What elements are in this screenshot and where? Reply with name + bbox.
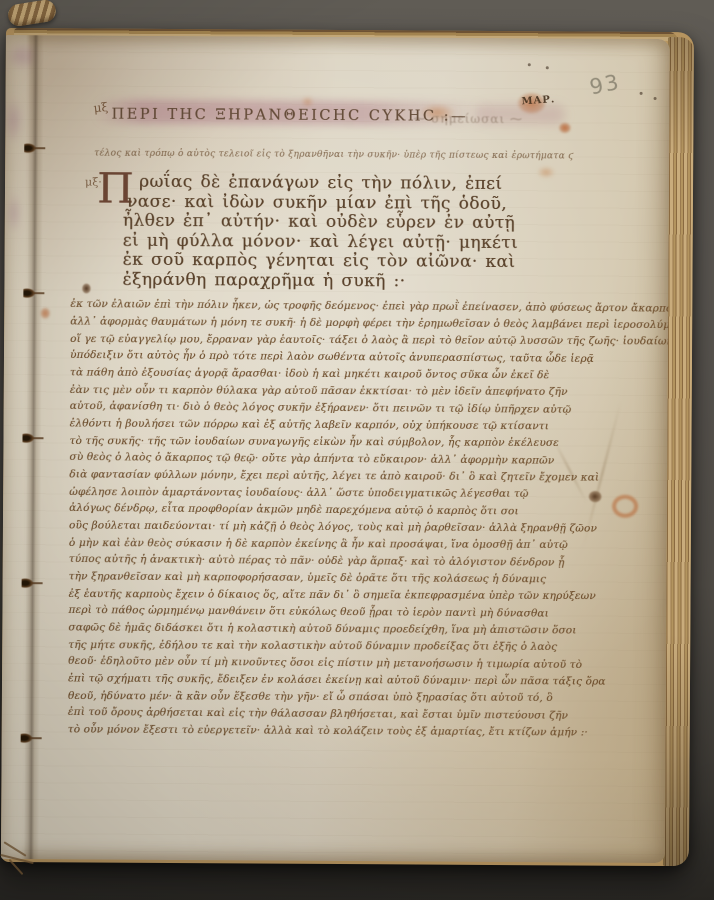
sewing-hole (24, 143, 46, 153)
rust-stain (299, 95, 317, 109)
purple-stain (1, 37, 44, 75)
speck (640, 92, 643, 95)
photo-backdrop: 93 μξ ΠΕΡΙ ΤΗϹ ΞΗΡΑΝΘΕΙϹΗϹ ϹΥΚΗϹ :— ⁓ ση… (0, 0, 714, 900)
lemma-line: ἐξηράνθη παραχρῆμα ἡ συκῆ :· (122, 271, 562, 293)
speck (546, 66, 549, 69)
ink-blot (80, 281, 92, 295)
manuscript-book: 93 μξ ΠΕΡΙ ΤΗϹ ΞΗΡΑΝΘΕΙϹΗϹ ϹΥΚΗϹ :— ⁓ ση… (1, 28, 694, 866)
title-flourish: ⁓ σημείωσαι ⁓ (413, 111, 523, 126)
gospel-lemma-block: ρωΐας δὲ ἐπανάγων εἰς τὴν πόλιν, ἐπείνασ… (122, 173, 563, 293)
rust-stain (38, 305, 52, 321)
sewing-hole (22, 578, 44, 588)
speck (654, 97, 657, 100)
commentary-block: ἐκ τῶν ἐλαιῶν ἐπὶ τὴν πόλιν ἧκεν, ὡς τρο… (68, 296, 646, 742)
rubric-line: τέλος καὶ τρόπῳ ὁ αὐτὸς τελειοῖ εἰς τὸ ξ… (94, 148, 564, 163)
sewing-hole (22, 433, 44, 443)
chapter-number-margin: μξ (93, 100, 109, 115)
endband-braid (7, 0, 58, 28)
marginal-note-mar: ΜΑΡ. (521, 94, 555, 107)
purple-stain (5, 185, 23, 241)
folio-number: 93 (588, 70, 623, 100)
sewing-hole (23, 288, 45, 298)
parchment-page: 93 μξ ΠΕΡΙ ΤΗϹ ΞΗΡΑΝΘΕΙϹΗϹ ϹΥΚΗϹ :— ⁓ ση… (1, 35, 670, 863)
purple-stain (1, 87, 25, 153)
commentary-line: τὸ οὖν μόνον ἔξεστι τὸ εὐεργετεῖν· ἀλλὰ … (68, 721, 643, 742)
sewing-hole (21, 733, 43, 743)
speck (528, 63, 531, 66)
